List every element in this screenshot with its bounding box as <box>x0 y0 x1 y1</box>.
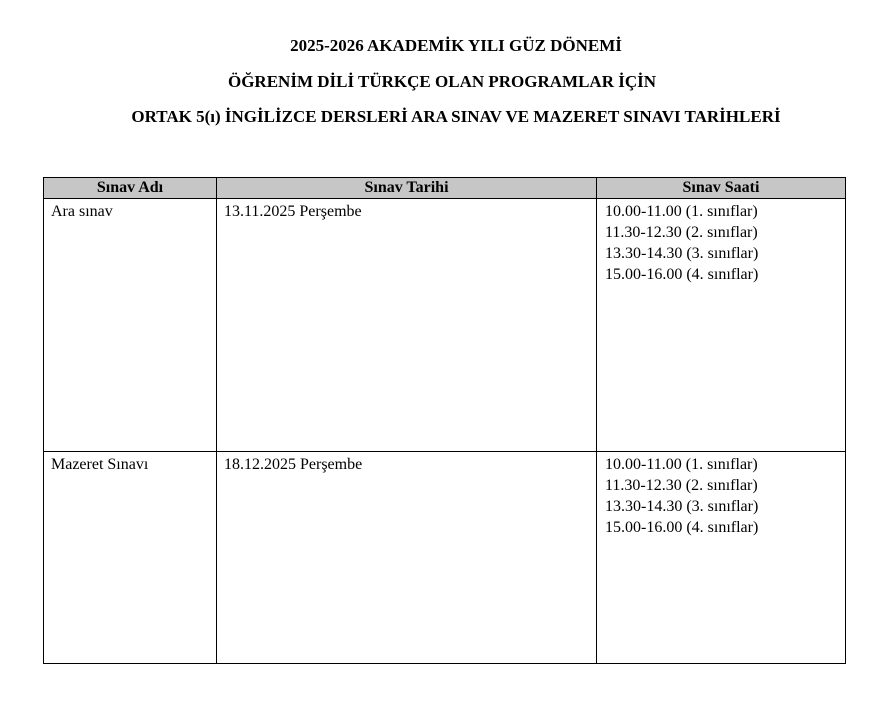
exam-date-cell: 13.11.2025 Perşembe <box>217 199 597 452</box>
exam-time-slot: 11.30-12.30 (2. sınıflar) <box>605 475 845 496</box>
title-exam-schedule: ORTAK 5(ı) İNGİLİZCE DERSLERİ ARA SINAV … <box>14 107 884 127</box>
exam-schedule-table: Sınav Adı Sınav Tarihi Sınav Saati Ara s… <box>43 177 846 664</box>
exam-name: Mazeret Sınavı <box>44 452 216 475</box>
exam-time-list: 10.00-11.00 (1. sınıflar) 11.30-12.30 (2… <box>597 452 845 538</box>
exam-name: Ara sınav <box>44 199 216 222</box>
exam-time-slot: 11.30-12.30 (2. sınıflar) <box>605 222 845 243</box>
exam-time-slot: 10.00-11.00 (1. sınıflar) <box>605 454 845 475</box>
table-row: Ara sınav 13.11.2025 Perşembe 10.00-11.0… <box>44 199 846 452</box>
exam-time-list: 10.00-11.00 (1. sınıflar) 11.30-12.30 (2… <box>597 199 845 285</box>
exam-time-slot: 15.00-16.00 (4. sınıflar) <box>605 517 845 538</box>
exam-time-cell: 10.00-11.00 (1. sınıflar) 11.30-12.30 (2… <box>597 199 846 452</box>
exam-name-cell: Mazeret Sınavı <box>44 452 217 664</box>
exam-time-cell: 10.00-11.00 (1. sınıflar) 11.30-12.30 (2… <box>597 452 846 664</box>
column-header-exam-name: Sınav Adı <box>44 178 217 199</box>
exam-name-cell: Ara sınav <box>44 199 217 452</box>
exam-date: 18.12.2025 Perşembe <box>217 452 596 475</box>
exam-time-slot: 10.00-11.00 (1. sınıflar) <box>605 201 845 222</box>
exam-time-slot: 13.30-14.30 (3. sınıflar) <box>605 243 845 264</box>
exam-time-slot: 15.00-16.00 (4. sınıflar) <box>605 264 845 285</box>
exam-time-slot: 13.30-14.30 (3. sınıflar) <box>605 496 845 517</box>
title-academic-year: 2025-2026 AKADEMİK YILI GÜZ DÖNEMİ <box>14 36 884 56</box>
table-header-row: Sınav Adı Sınav Tarihi Sınav Saati <box>44 178 846 199</box>
table-row: Mazeret Sınavı 18.12.2025 Perşembe 10.00… <box>44 452 846 664</box>
exam-date: 13.11.2025 Perşembe <box>217 199 596 222</box>
column-header-exam-date: Sınav Tarihi <box>217 178 597 199</box>
exam-date-cell: 18.12.2025 Perşembe <box>217 452 597 664</box>
title-program-scope: ÖĞRENİM DİLİ TÜRKÇE OLAN PROGRAMLAR İÇİN <box>0 72 884 92</box>
column-header-exam-time: Sınav Saati <box>597 178 846 199</box>
